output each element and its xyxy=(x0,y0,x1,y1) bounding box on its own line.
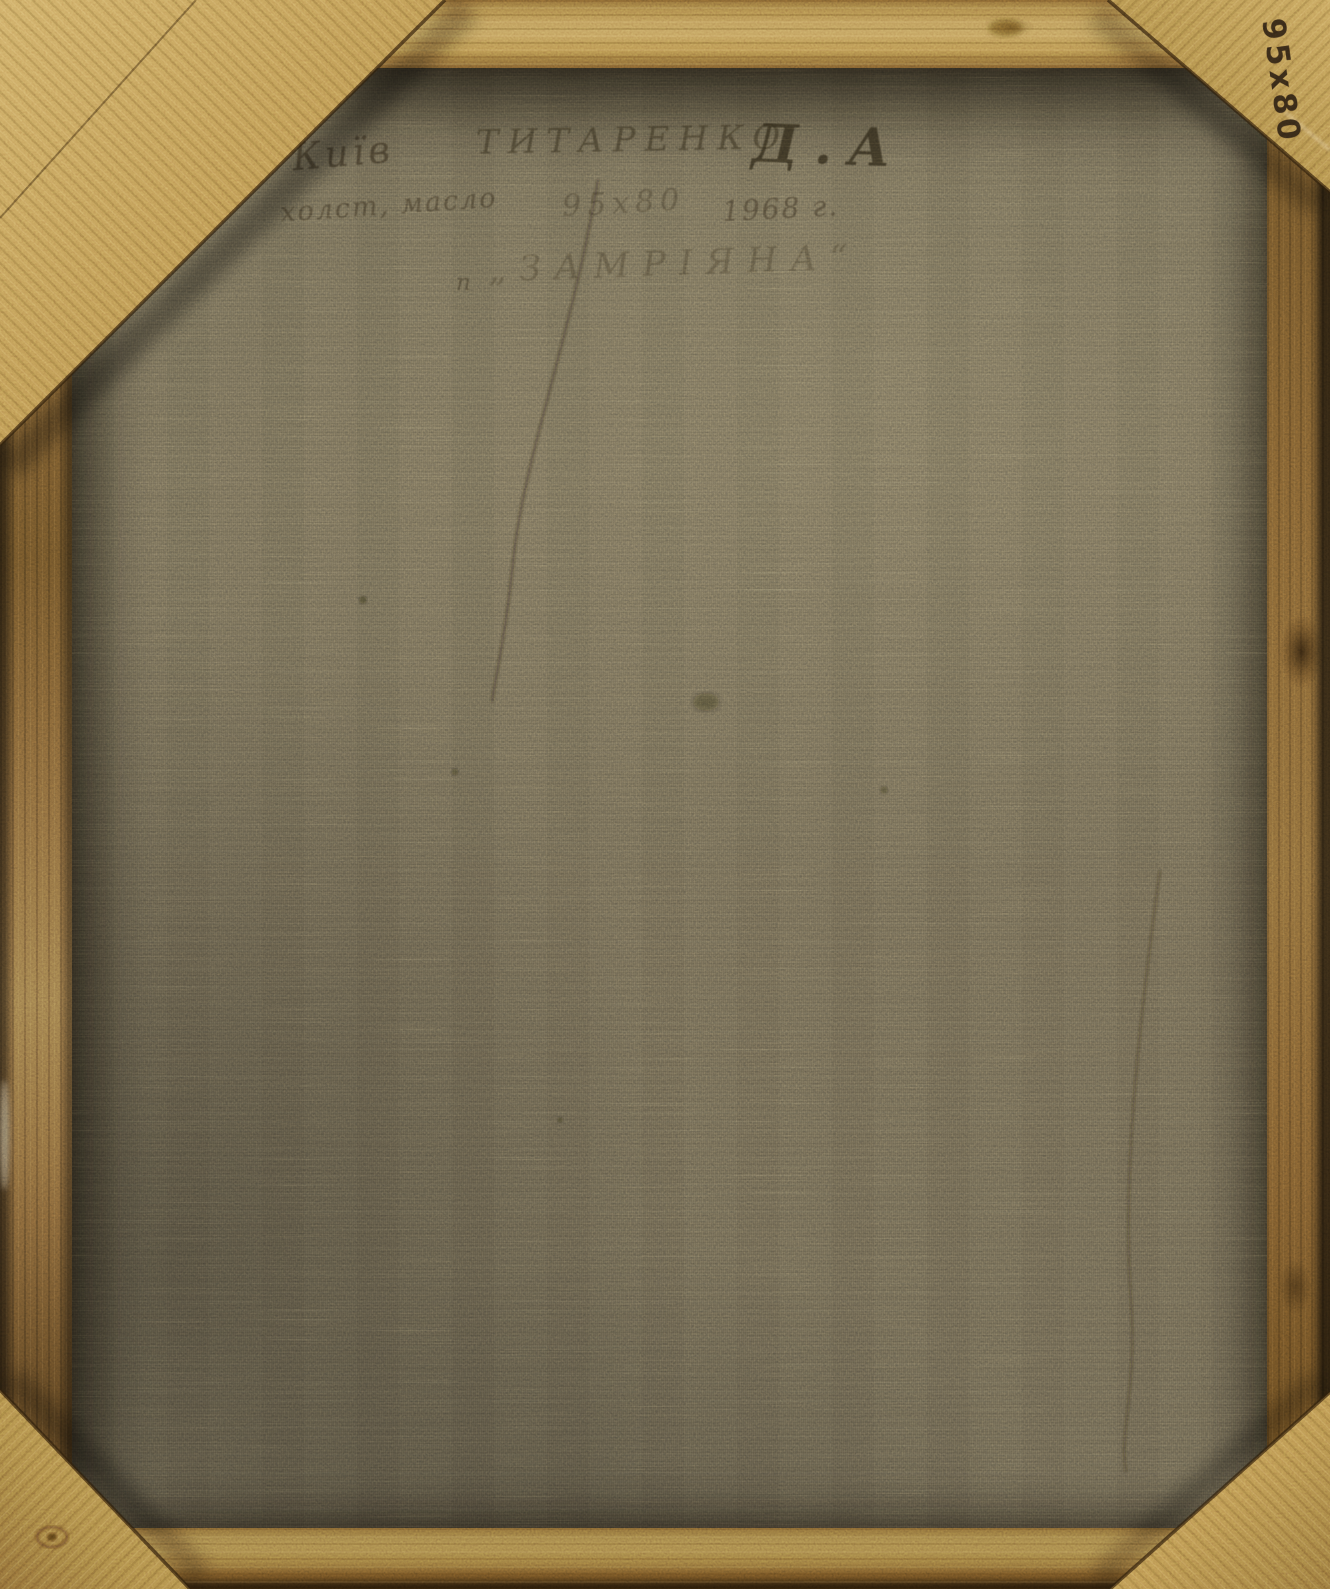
painting-back-photo: Київ Титаренко Д.А холст, масло 95х80 19… xyxy=(0,0,1330,1589)
photo-grain-layer xyxy=(0,0,1330,1589)
